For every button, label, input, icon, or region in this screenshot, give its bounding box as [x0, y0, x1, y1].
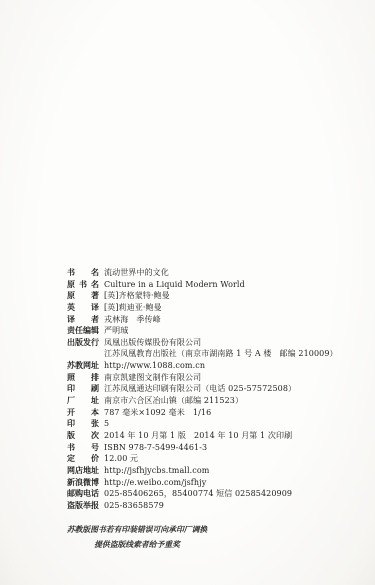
- field-label: 邮购电话: [67, 488, 99, 500]
- field-value: 787 毫米×1092 毫米 1/16: [104, 407, 211, 419]
- footer-notice: 苏教版图书若有印装错误可向承印厂调换 提供盗版线索者给予重奖: [62, 523, 212, 552]
- field-label: 书号: [67, 442, 99, 454]
- field-label: 厂址: [67, 395, 99, 407]
- colophon-row: 定价 12.00 元: [67, 453, 338, 465]
- colophon-row: 新浪微博 http://e.weibo.com/jsfhjy: [67, 477, 338, 489]
- field-label: 英译: [67, 302, 99, 314]
- field-value: 南京凯建图文制作有限公司: [104, 372, 201, 384]
- field-value: 戎林海 季传峰: [104, 314, 161, 326]
- colophon-row: 苏教网址 http://www.1088.com.cn: [67, 360, 338, 372]
- field-label: 译者: [67, 314, 99, 326]
- field-value: 5: [104, 418, 109, 430]
- field-value: http://e.weibo.com/jsfhjy: [104, 477, 206, 489]
- colophon-row: 原书名 Culture in a Liquid Modern World: [67, 279, 338, 291]
- colophon-row: 网店地址 http://jsfhjycbs.tmall.com: [67, 465, 338, 477]
- field-value: 南京市六合区冶山镇（邮编 211523）: [104, 395, 243, 407]
- copyright-page: 书名 流动世界中的文化 原书名 Culture in a Liquid Mode…: [0, 0, 375, 585]
- field-label: 定价: [67, 453, 99, 465]
- colophon-row: 印刷 江苏凤凰通达印刷有限公司（电话 025-57572508）: [67, 383, 338, 395]
- colophon-row: 书名 流动世界中的文化: [67, 267, 338, 279]
- field-label: 苏教网址: [67, 360, 99, 372]
- colophon-row: 责任编辑 严明珹: [67, 325, 338, 337]
- colophon-row: 江苏凤凰教育出版社（南京市湖南路 1 号 A 楼 邮编 210009）: [67, 348, 338, 360]
- footer-line-exchange: 苏教版图书若有印装错误可向承印厂调换: [62, 523, 212, 538]
- field-value: 江苏凤凰教育出版社（南京市湖南路 1 号 A 楼 邮编 210009）: [104, 348, 338, 360]
- field-value: http://jsfhjycbs.tmall.com: [104, 465, 209, 477]
- field-label: 网店地址: [67, 465, 99, 477]
- field-label: 印张: [67, 418, 99, 430]
- colophon-row: 印张 5: [67, 418, 338, 430]
- field-value: 2014 年 10 月第 1 版 2014 年 10 月第 1 次印刷: [104, 430, 292, 442]
- colophon-row: 出版发行 凤凰出版传媒股份有限公司: [67, 337, 338, 349]
- colophon-row: 盗版举报 025-83658579: [67, 500, 338, 512]
- colophon-row: 邮购电话 025-85406265，85400774 短信 0258542090…: [67, 488, 338, 500]
- field-label: 照排: [67, 372, 99, 384]
- colophon-row: 版次 2014 年 10 月第 1 版 2014 年 10 月第 1 次印刷: [67, 430, 338, 442]
- field-value: ISBN 978-7-5499-4461-3: [104, 442, 207, 454]
- colophon-row: 英译 [英]莉迪亚·鲍曼: [67, 302, 338, 314]
- field-label: 版次: [67, 430, 99, 442]
- colophon-row: 照排 南京凯建图文制作有限公司: [67, 372, 338, 384]
- field-label: 原书名: [67, 279, 99, 291]
- field-value: 12.00 元: [104, 453, 138, 465]
- field-label: 盗版举报: [67, 500, 99, 512]
- field-label: 原著: [67, 290, 99, 302]
- field-value: [英]齐格蒙特·鲍曼: [104, 290, 170, 302]
- field-label: 出版发行: [67, 337, 99, 349]
- field-label: 书名: [67, 267, 99, 279]
- footer-line-reward: 提供盗版线索者给予重奖: [62, 538, 212, 553]
- field-value: 025-83658579: [104, 500, 164, 512]
- field-label: 新浪微博: [67, 477, 99, 489]
- field-label: 责任编辑: [67, 325, 99, 337]
- field-value: http://www.1088.com.cn: [104, 360, 205, 372]
- field-value: [英]莉迪亚·鲍曼: [104, 302, 162, 314]
- colophon-row: 译者 戎林海 季传峰: [67, 314, 338, 326]
- field-label: 开本: [67, 407, 99, 419]
- field-value: 025-85406265，85400774 短信 02585420909: [104, 488, 292, 500]
- field-value: Culture in a Liquid Modern World: [104, 279, 245, 291]
- colophon-row: 开本 787 毫米×1092 毫米 1/16: [67, 407, 338, 419]
- field-value: 严明珹: [104, 325, 128, 337]
- field-value: 凤凰出版传媒股份有限公司: [104, 337, 201, 349]
- colophon-rows: 书名 流动世界中的文化 原书名 Culture in a Liquid Mode…: [67, 267, 338, 511]
- colophon-row: 厂址 南京市六合区冶山镇（邮编 211523）: [67, 395, 338, 407]
- colophon-row: 书号 ISBN 978-7-5499-4461-3: [67, 442, 338, 454]
- field-value: 江苏凤凰通达印刷有限公司（电话 025-57572508）: [104, 383, 296, 395]
- field-label: 印刷: [67, 383, 99, 395]
- colophon-row: 原著 [英]齐格蒙特·鲍曼: [67, 290, 338, 302]
- field-value: 流动世界中的文化: [104, 267, 169, 279]
